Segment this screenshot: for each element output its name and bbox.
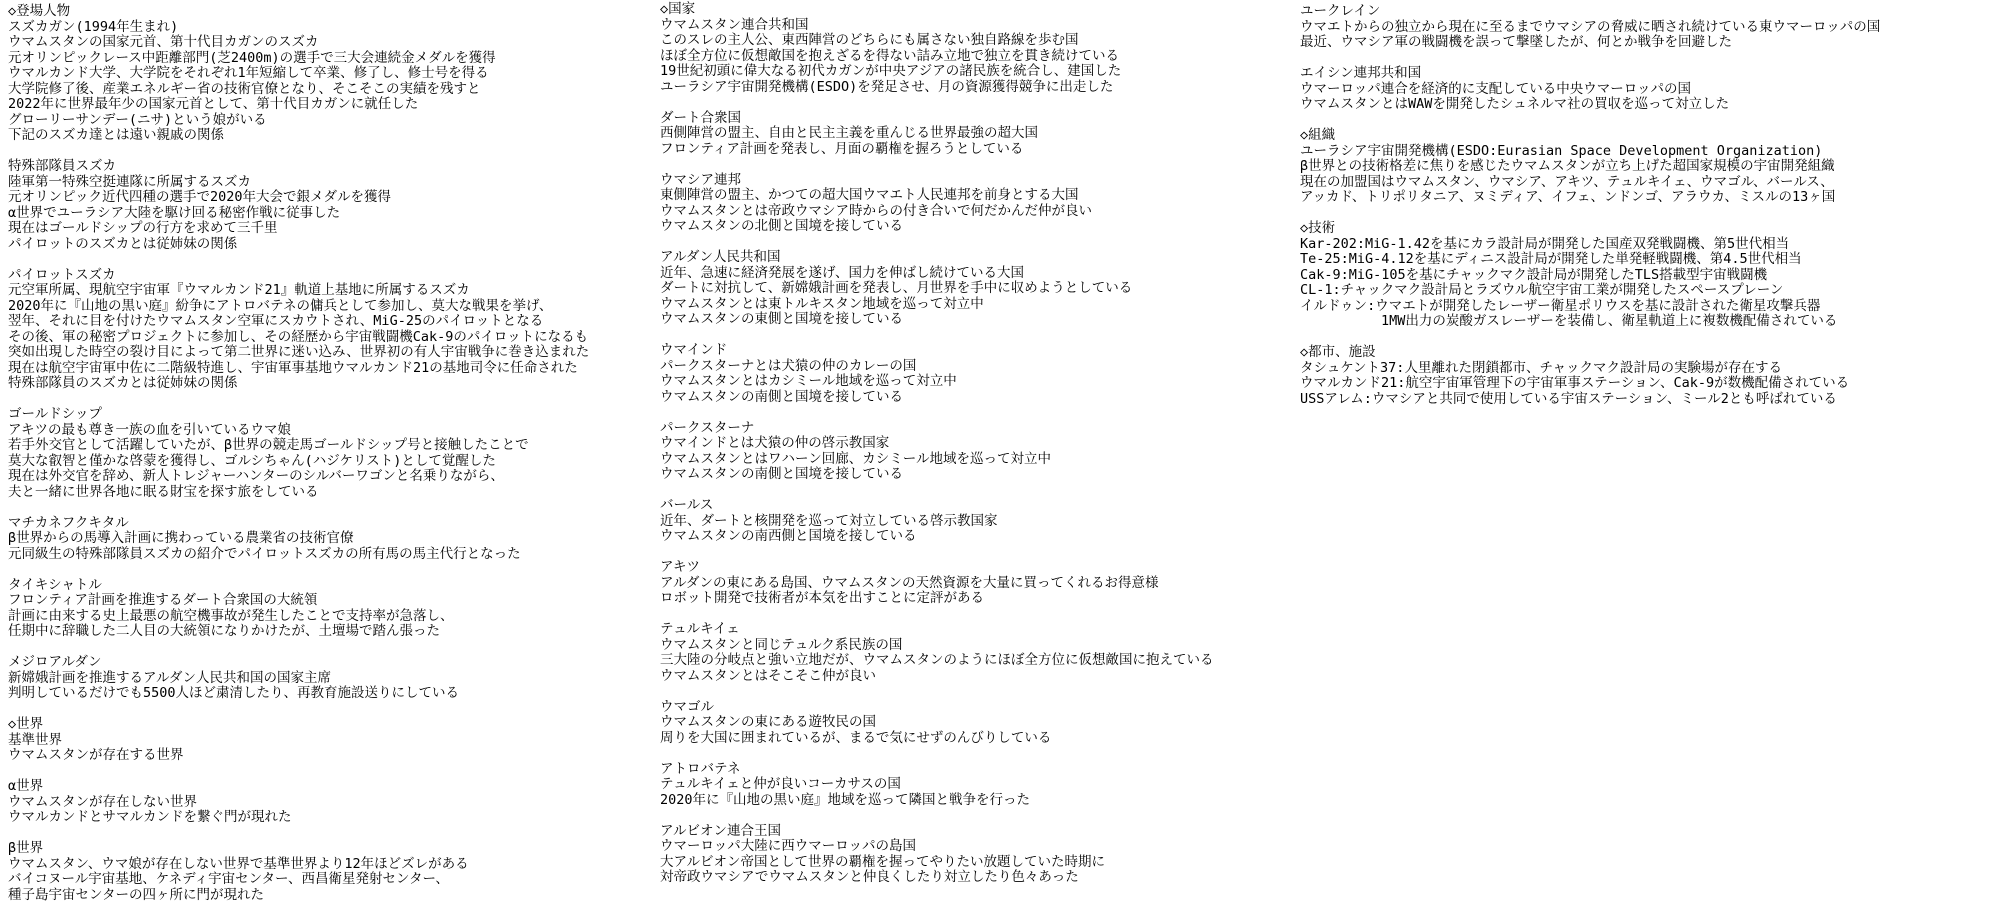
- text-line: ほぼ全方位に仮想敵国を抱えざるを得ない詰み立地で独立を貫き続けている: [660, 49, 1214, 65]
- text-line: パークスターナ: [660, 421, 1214, 437]
- text-line: ロボット開発で技術者が本気を出すことに定評がある: [660, 591, 1214, 607]
- text-line: アッカド、トリポリタニア、ヌミディア、イフェ、ンドンゴ、アラウカ、ミスルの13ヶ…: [1300, 190, 1880, 206]
- text-section: ウマシア連邦東側陣営の盟主、かつての超大国ウマエト人民連邦を前身とする大国ウマム…: [660, 173, 1214, 235]
- text-line: スズカガン(1994年生まれ): [8, 20, 589, 36]
- text-line: フロンティア計画を推進するダート合衆国の大統領: [8, 593, 589, 609]
- text-line: ウマムスタンの南西側と国境を接している: [660, 529, 1214, 545]
- text-line: ◇組織: [1300, 128, 1880, 144]
- text-line: 特殊部隊員スズカ: [8, 159, 589, 175]
- text-line: ウマムスタンの東側と国境を接している: [660, 312, 1214, 328]
- text-line: 近年、急速に経済発展を遂げ、国力を伸ばし続けている大国: [660, 266, 1214, 282]
- column-characters-and-worlds: ◇登場人物スズカガン(1994年生まれ)ウマムスタンの国家元首、第十代目カガンの…: [8, 4, 589, 915]
- text-line: アルダン人民共和国: [660, 250, 1214, 266]
- text-line: ユーラシア宇宙開発機構(ESDO)を発足させ、月の資源獲得競争に出走した: [660, 80, 1214, 96]
- text-line: 夫と一緒に世界各地に眠る財宝を探す旅をしている: [8, 485, 589, 501]
- text-section: タイキシャトルフロンティア計画を推進するダート合衆国の大統領計画に由来する史上最…: [8, 578, 589, 640]
- text-section: アルビオン連合王国ウマーロッパ大陸に西ウマーロッパの島国大アルビオン帝国として世…: [660, 824, 1214, 886]
- text-line: ウマムスタンの南側と国境を接している: [660, 390, 1214, 406]
- text-line: Cak-9:MiG-105を基にチャックマク設計局が開発したTLS搭載型宇宙戦闘…: [1300, 268, 1880, 284]
- text-line: 特殊部隊員のスズカとは従姉妹の関係: [8, 376, 589, 392]
- text-section: メジロアルダン新嫦娥計画を推進するアルダン人民共和国の国家主席判明しているだけで…: [8, 655, 589, 702]
- text-line: タシュケント37:人里離れた閉鎖都市、チャックマク設計局の実験場が存在する: [1300, 361, 1880, 377]
- text-line: 19世紀初頭に偉大なる初代カガンが中央アジアの諸民族を統合し、建国した: [660, 64, 1214, 80]
- text-line: β世界: [8, 841, 589, 857]
- text-line: ウマルカンド大学、大学院をそれぞれ1年短縮して卒業、修了し、修士号を得る: [8, 66, 589, 82]
- text-line: ウマーロッパ連合を経済的に支配している中央ウマーロッパの国: [1300, 82, 1880, 98]
- text-line: 翌年、それに目を付けたウマムスタン空軍にスカウトされ、MiG-25のパイロットと…: [8, 314, 589, 330]
- text-line: ◇国家: [660, 2, 1214, 18]
- text-section: ウマインドパークスターナとは犬猿の仲のカレーの国ウマムスタンとはカシミール地域を…: [660, 343, 1214, 405]
- text-line: ウマルカンド21:航空宇宙軍管理下の宇宙軍事ステーション、Cak-9が数機配備さ…: [1300, 376, 1880, 392]
- text-section: ウマゴルウマムスタンの東にある遊牧民の国周りを大国に囲まれているが、まるで気にせ…: [660, 700, 1214, 747]
- text-line: 計画に由来する史上最悪の航空機事故が発生したことで支持率が急落し、: [8, 609, 589, 625]
- text-section: ◇組織ユーラシア宇宙開発機構(ESDO:Eurasian Space Devel…: [1300, 128, 1880, 206]
- text-line: 任期中に辞職した二人目の大統領になりかけたが、土壇場で踏ん張った: [8, 624, 589, 640]
- text-section: ゴールドシップアキツの最も尊き一族の血を引いているウマ娘若手外交官として活躍して…: [8, 407, 589, 500]
- text-line: 2022年に世界最年少の国家元首として、第十代目カガンに就任した: [8, 97, 589, 113]
- text-section: テュルキイェウマムスタンと同じテュルク系民族の国三大陸の分岐点と強い立地だが、ウ…: [660, 622, 1214, 684]
- text-line: 現在は外交官を辞め、新人トレジャーハンターのシルバーワゴンと名乗りながら、: [8, 469, 589, 485]
- text-section: ダート合衆国西側陣営の盟主、自由と民主主義を重んじる世界最強の超大国フロンティア…: [660, 111, 1214, 158]
- text-line: バールス: [660, 498, 1214, 514]
- text-line: このスレの主人公、東西陣営のどちらにも属さない独自路線を歩む国: [660, 33, 1214, 49]
- text-section: ◇国家ウマムスタン連合共和国このスレの主人公、東西陣営のどちらにも属さない独自路…: [660, 2, 1214, 95]
- text-line: その後、軍の秘密プロジェクトに参加し、その経歴から宇宙戦闘機Cak-9のパイロッ…: [8, 330, 589, 346]
- text-line: テュルキイェと仲が良いコーカサスの国: [660, 777, 1214, 793]
- text-line: 周りを大国に囲まれているが、まるで気にせずのんびりしている: [660, 731, 1214, 747]
- text-line: 1MW出力の炭酸ガスレーザーを装備し、衛星軌道上に複数機配備されている: [1300, 314, 1880, 330]
- document-page: { "page": { "background_color": "#ffffff…: [0, 0, 2000, 915]
- text-line: 元空軍所属、現航空宇宙軍『ウマルカンド21』軌道上基地に所属するスズカ: [8, 283, 589, 299]
- text-section: α世界ウマムスタンが存在しない世界ウマルカンドとサマルカンドを繋ぐ門が現れた: [8, 779, 589, 826]
- text-line: イルドゥン:ウマエトが開発したレーザー衛星ポリウスを基に設計された衛星攻撃兵器: [1300, 299, 1880, 315]
- text-line: Kar-202:MiG-1.42を基にカラ設計局が開発した国産双発戦闘機、第5世…: [1300, 237, 1880, 253]
- text-section: アキツアルダンの東にある島国、ウマムスタンの天然資源を大量に買ってくれるお得意様…: [660, 560, 1214, 607]
- text-section: 特殊部隊員スズカ陸軍第一特殊空挺連隊に所属するスズカ元オリンピック近代四種の選手…: [8, 159, 589, 252]
- text-line: フロンティア計画を発表し、月面の覇権を握ろうとしている: [660, 142, 1214, 158]
- text-line: ウマムスタンが存在しない世界: [8, 795, 589, 811]
- text-line: 莫大な叡智と僅かな啓蒙を獲得し、ゴルシちゃん(ハジケリスト)として覚醒した: [8, 454, 589, 470]
- text-line: ウマムスタンとはカシミール地域を巡って対立中: [660, 374, 1214, 390]
- text-line: ユークレイン: [1300, 4, 1880, 20]
- text-section: パークスターナウマインドとは犬猿の仲の啓示教国家ウマムスタンとはワハーン回廊、カ…: [660, 421, 1214, 483]
- text-line: 陸軍第一特殊空挺連隊に所属するスズカ: [8, 175, 589, 191]
- text-line: 西側陣営の盟主、自由と民主主義を重んじる世界最強の超大国: [660, 126, 1214, 142]
- text-line: 元同級生の特殊部隊員スズカの紹介でパイロットスズカの所有馬の馬主代行となった: [8, 547, 589, 563]
- text-line: ウマムスタンとはそこそこ仲が良い: [660, 669, 1214, 685]
- text-line: ウマムスタンの東にある遊牧民の国: [660, 715, 1214, 731]
- text-section: パイロットスズカ元空軍所属、現航空宇宙軍『ウマルカンド21』軌道上基地に所属する…: [8, 268, 589, 392]
- text-line: 2020年に『山地の黒い庭』地域を巡って隣国と戦争を行った: [660, 793, 1214, 809]
- text-line: ウマムスタンの北側と国境を接している: [660, 219, 1214, 235]
- text-line: 基準世界: [8, 733, 589, 749]
- text-line: アキツの最も尊き一族の血を引いているウマ娘: [8, 423, 589, 439]
- text-line: 対帝政ウマシアでウマムスタンと仲良くしたり対立したり色々あった: [660, 870, 1214, 886]
- text-section: ◇都市、施設タシュケント37:人里離れた閉鎖都市、チャックマク設計局の実験場が存…: [1300, 345, 1880, 407]
- text-line: 現在は航空宇宙軍中佐に二階級特進し、宇宙軍事基地ウマルカンド21の基地司令に任命…: [8, 361, 589, 377]
- text-line: ウマゴル: [660, 700, 1214, 716]
- text-line: アルビオン連合王国: [660, 824, 1214, 840]
- text-line: ウマムスタンとは東トルキスタン地域を巡って対立中: [660, 297, 1214, 313]
- text-line: α世界: [8, 779, 589, 795]
- text-section: ユークレインウマエトからの独立から現在に至るまでウマシアの脅威に晒され続けている…: [1300, 4, 1880, 51]
- text-line: 2020年に『山地の黒い庭』紛争にアトロバテネの傭兵として参加し、莫大な戦果を挙…: [8, 299, 589, 315]
- text-section: エイシン連邦共和国ウマーロッパ連合を経済的に支配している中央ウマーロッパの国ウマ…: [1300, 66, 1880, 113]
- text-line: パイロットスズカ: [8, 268, 589, 284]
- text-line: 元オリンピックレース中距離部門(芝2400m)の選手で三大会連続金メダルを獲得: [8, 51, 589, 67]
- text-line: ウマムスタンと同じテュルク系民族の国: [660, 638, 1214, 654]
- text-line: 新嫦娥計画を推進するアルダン人民共和国の国家主席: [8, 671, 589, 687]
- text-line: 大学院修了後、産業エネルギー省の技術官僚となり、そこそこの実績を残すと: [8, 82, 589, 98]
- text-line: ウマムスタンとはワハーン回廊、カシミール地域を巡って対立中: [660, 452, 1214, 468]
- text-line: β世界との技術格差に焦りを感じたウマムスタンが立ち上げた超国家規模の宇宙開発組織: [1300, 159, 1880, 175]
- text-line: ゴールドシップ: [8, 407, 589, 423]
- text-line: ウマルカンドとサマルカンドを繋ぐ門が現れた: [8, 810, 589, 826]
- text-line: パークスターナとは犬猿の仲のカレーの国: [660, 359, 1214, 375]
- text-line: 種子島宇宙センターの四ヶ所に門が現れた: [8, 888, 589, 904]
- text-line: 判明しているだけでも5500人ほど粛清したり、再教育施設送りにしている: [8, 686, 589, 702]
- text-section: ◇登場人物スズカガン(1994年生まれ)ウマムスタンの国家元首、第十代目カガンの…: [8, 4, 589, 144]
- text-line: ウマエトからの独立から現在に至るまでウマシアの脅威に晒され続けている東ウマーロッ…: [1300, 20, 1880, 36]
- text-line: テュルキイェ: [660, 622, 1214, 638]
- text-line: β世界からの馬導入計画に携わっている農業省の技術官僚: [8, 531, 589, 547]
- text-line: アトロバテネ: [660, 762, 1214, 778]
- text-line: 現在はゴールドシップの行方を求めて三千里: [8, 221, 589, 237]
- text-line: α世界でユーラシア大陸を駆け回る秘密作戦に従事した: [8, 206, 589, 222]
- text-line: アルダンの東にある島国、ウマムスタンの天然資源を大量に買ってくれるお得意様: [660, 576, 1214, 592]
- text-line: 大アルビオン帝国として世界の覇権を握ってやりたい放題していた時期に: [660, 855, 1214, 871]
- text-line: ◇技術: [1300, 221, 1880, 237]
- text-line: 近年、ダートと核開発を巡って対立している啓示教国家: [660, 514, 1214, 530]
- text-line: メジロアルダン: [8, 655, 589, 671]
- column-organizations-technology: ユークレインウマエトからの独立から現在に至るまでウマシアの脅威に晒され続けている…: [1300, 4, 1880, 423]
- text-line: タイキシャトル: [8, 578, 589, 594]
- text-line: パイロットのスズカとは従姉妹の関係: [8, 237, 589, 253]
- text-line: ウマムスタンの南側と国境を接している: [660, 467, 1214, 483]
- text-line: ウマムスタンとは帝政ウマシア時からの付き合いで何だかんだ仲が良い: [660, 204, 1214, 220]
- text-section: バールス近年、ダートと核開発を巡って対立している啓示教国家ウマムスタンの南西側と…: [660, 498, 1214, 545]
- text-line: 東側陣営の盟主、かつての超大国ウマエト人民連邦を前身とする大国: [660, 188, 1214, 204]
- text-section: β世界ウマムスタン、ウマ娘が存在しない世界で基準世界より12年ほどズレがあるバイ…: [8, 841, 589, 903]
- text-line: 元オリンピック近代四種の選手で2020年大会で銀メダルを獲得: [8, 190, 589, 206]
- text-line: エイシン連邦共和国: [1300, 66, 1880, 82]
- text-line: ダート合衆国: [660, 111, 1214, 127]
- text-line: ダートに対抗して、新嫦娥計画を発表し、月世界を手中に収めようとしている: [660, 281, 1214, 297]
- text-line: ウマシア連邦: [660, 173, 1214, 189]
- text-section: ◇世界基準世界ウマムスタンが存在する世界: [8, 717, 589, 764]
- text-line: ウマーロッパ大陸に西ウマーロッパの島国: [660, 839, 1214, 855]
- text-line: ウマムスタン連合共和国: [660, 18, 1214, 34]
- text-line: ウマムスタンとはWAWを開発したシュネルマ社の買収を巡って対立した: [1300, 97, 1880, 113]
- text-line: ウマムスタン、ウマ娘が存在しない世界で基準世界より12年ほどズレがある: [8, 857, 589, 873]
- text-line: 現在の加盟国はウマムスタン、ウマシア、アキツ、テュルキイェ、ウマゴル、バールス、: [1300, 175, 1880, 191]
- text-line: 突如出現した時空の裂け目によって第二世界に迷い込み、世界初の有人宇宙戦争に巻き込…: [8, 345, 589, 361]
- text-line: ウマムスタンの国家元首、第十代目カガンのスズカ: [8, 35, 589, 51]
- text-line: ◇都市、施設: [1300, 345, 1880, 361]
- text-line: ◇登場人物: [8, 4, 589, 20]
- text-line: ウマインドとは犬猿の仲の啓示教国家: [660, 436, 1214, 452]
- text-line: 三大陸の分岐点と強い立地だが、ウマムスタンのようにほぼ全方位に仮想敵国に抱えてい…: [660, 653, 1214, 669]
- text-line: Te-25:MiG-4.12を基にディニス設計局が開発した単発軽戦闘機、第4.5…: [1300, 252, 1880, 268]
- text-line: CL-1:チャックマク設計局とラズウル航空宇宙工業が開発したスペースプレーン: [1300, 283, 1880, 299]
- text-line: ユーラシア宇宙開発機構(ESDO:Eurasian Space Developm…: [1300, 144, 1880, 160]
- text-section: ◇技術Kar-202:MiG-1.42を基にカラ設計局が開発した国産双発戦闘機、…: [1300, 221, 1880, 330]
- text-line: ウマムスタンが存在する世界: [8, 748, 589, 764]
- text-line: 下記のスズカ達とは遠い親戚の関係: [8, 128, 589, 144]
- text-section: マチカネフクキタルβ世界からの馬導入計画に携わっている農業省の技術官僚元同級生の…: [8, 516, 589, 563]
- text-line: バイコヌール宇宙基地、ケネディ宇宙センター、西昌衛星発射センター、: [8, 872, 589, 888]
- text-line: グローリーサンデー(ニサ)という娘がいる: [8, 113, 589, 129]
- text-section: アルダン人民共和国近年、急速に経済発展を遂げ、国力を伸ばし続けている大国ダートに…: [660, 250, 1214, 328]
- column-nations: ◇国家ウマムスタン連合共和国このスレの主人公、東西陣営のどちらにも属さない独自路…: [660, 2, 1214, 901]
- text-line: アキツ: [660, 560, 1214, 576]
- text-line: マチカネフクキタル: [8, 516, 589, 532]
- text-line: ウマインド: [660, 343, 1214, 359]
- text-line: 若手外交官として活躍していたが、β世界の競走馬ゴールドシップ号と接触したことで: [8, 438, 589, 454]
- text-section: アトロバテネテュルキイェと仲が良いコーカサスの国2020年に『山地の黒い庭』地域…: [660, 762, 1214, 809]
- text-line: 最近、ウマシア軍の戦闘機を誤って撃墜したが、何とか戦争を回避した: [1300, 35, 1880, 51]
- text-line: USSアレム:ウマシアと共同で使用している宇宙ステーション、ミール2とも呼ばれて…: [1300, 392, 1880, 408]
- text-line: ◇世界: [8, 717, 589, 733]
